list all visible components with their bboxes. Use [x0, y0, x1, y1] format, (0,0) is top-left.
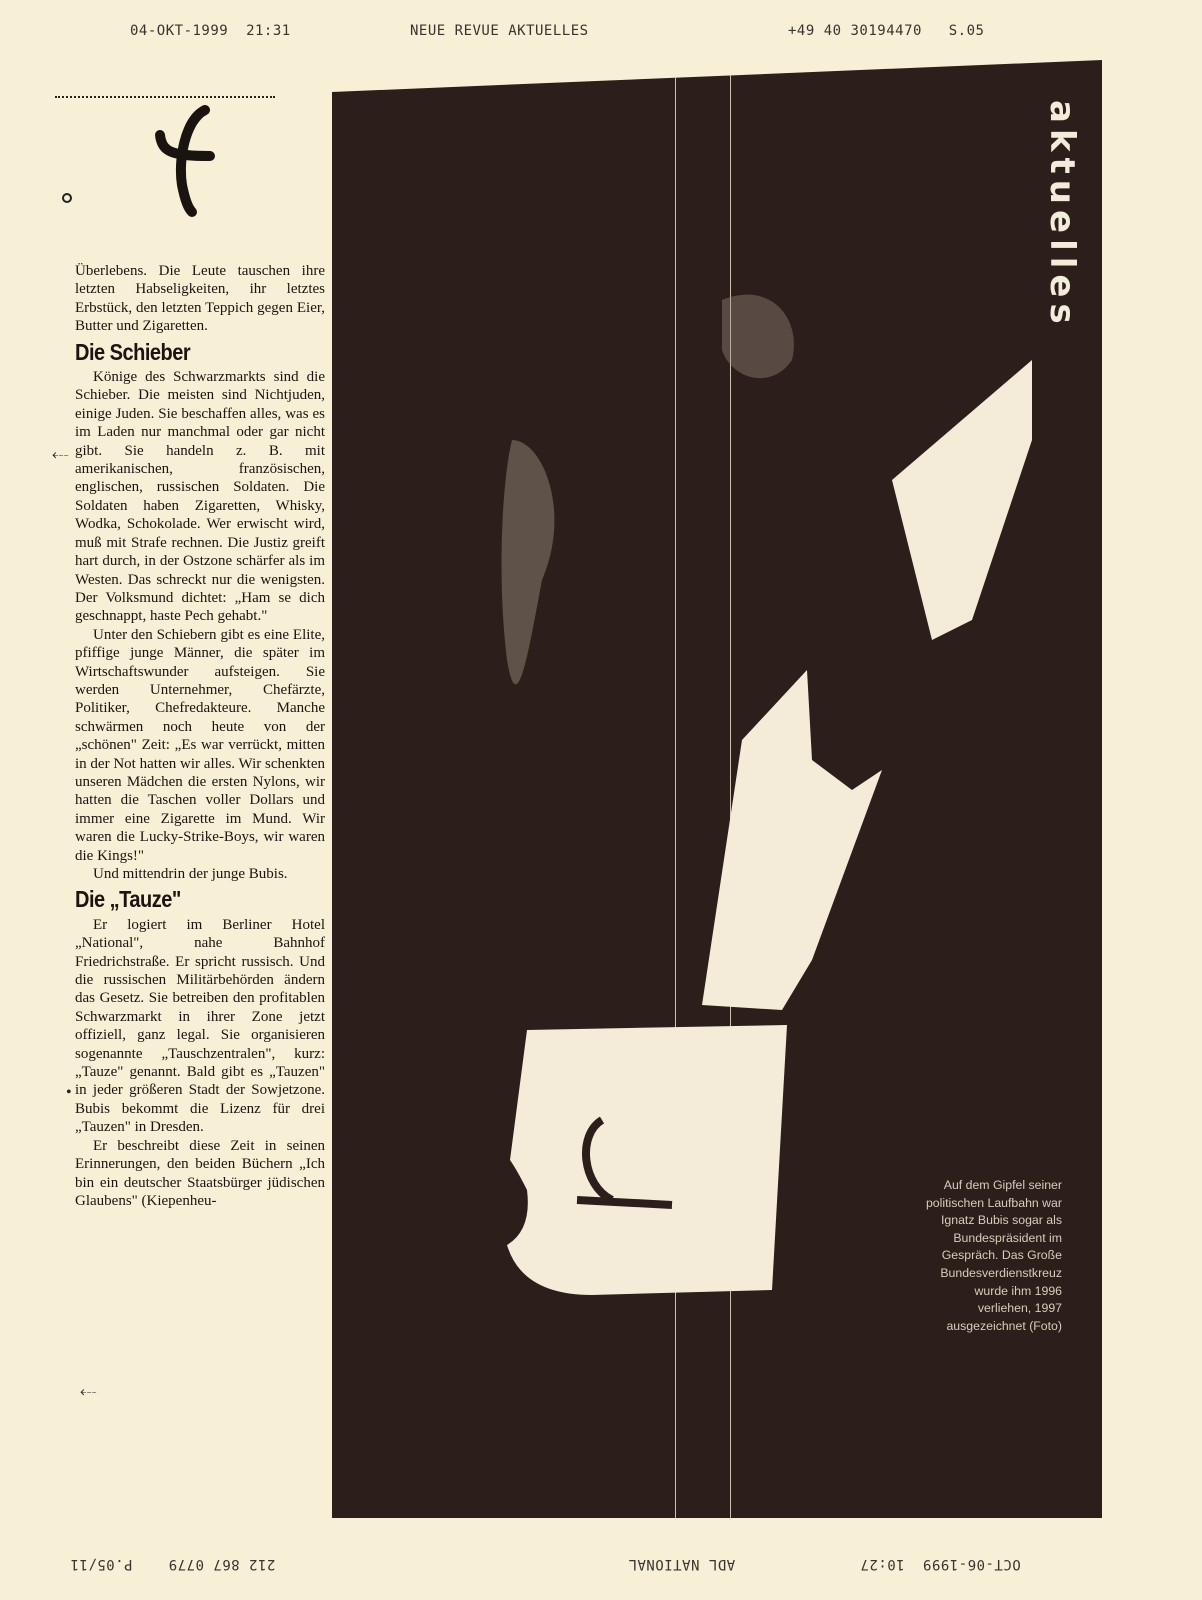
article-subheading: Die Schieber: [75, 342, 325, 363]
article-subheading: Die „Tauze": [75, 890, 325, 911]
article-paragraph: Und mittendrin der junge Bubis.: [75, 865, 325, 883]
article-paragraph: Unter den Schiebern gibt es eine Elite, …: [75, 626, 325, 865]
handwritten-f-mark: [150, 90, 230, 220]
article-paragraph: Könige des Schwarzmarkts sind die Schieb…: [75, 368, 325, 626]
article-paragraph: Er beschreibt diese Zeit in seinen Erinn…: [75, 1137, 325, 1211]
section-label-aktuelles: aktuelles: [1042, 100, 1082, 330]
scan-dot: [62, 193, 72, 203]
fax-header-sender: NEUE REVUE AKTUELLES: [410, 23, 589, 39]
margin-arrow-mark: ⤎: [80, 1383, 97, 1401]
margin-arrow-mark: ⤎: [52, 446, 69, 464]
fax-footer-phone-inverted: 212 867 0779 P.05/11: [70, 1556, 275, 1572]
fax-header-date: 04-OKT-1999 21:31: [130, 23, 291, 39]
fax-header-phone: +49 40 30194470 S.05: [788, 23, 984, 39]
article-paragraph: Er logiert im Berliner Hotel „National",…: [75, 916, 325, 1137]
fax-footer-sender-inverted: ADL NATIONAL: [628, 1556, 735, 1572]
article-column: Überlebens. Die Leute tauschen ihre letz…: [75, 262, 325, 1210]
fax-footer-date-inverted: OCT-06-1999 10:27: [860, 1556, 1021, 1572]
photo-caption: Auf dem Gipfel seiner politischen Laufba…: [920, 1177, 1062, 1335]
margin-bullet-mark: •: [66, 1084, 72, 1102]
article-paragraph: Überlebens. Die Leute tauschen ihre letz…: [75, 262, 325, 336]
